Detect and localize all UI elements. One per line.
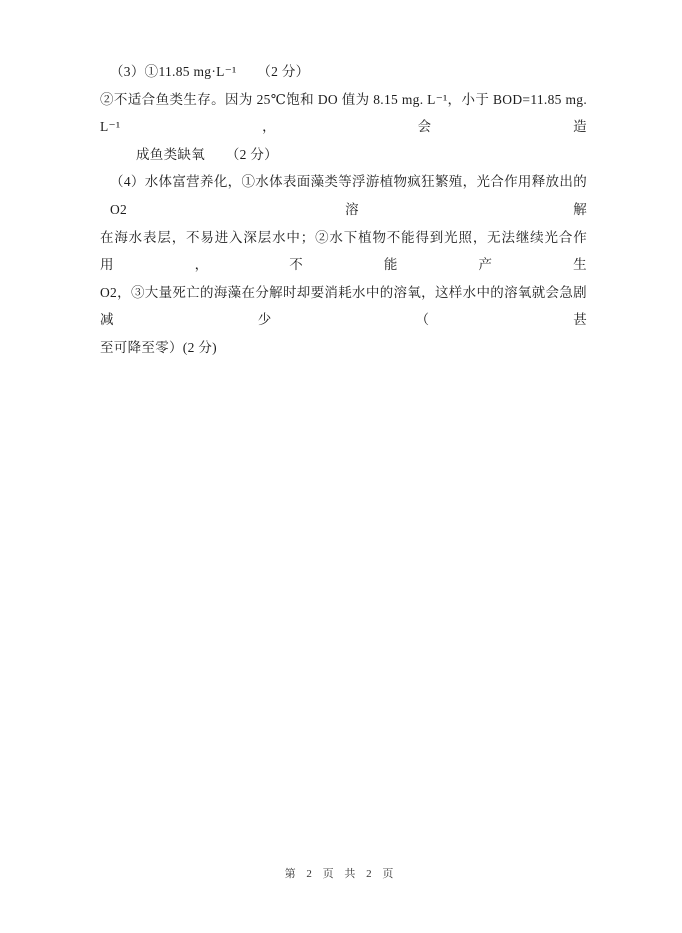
answer-line-3-1: （3）①11.85 mg·L⁻¹ （2 分） xyxy=(100,58,587,86)
answer-line-3-2a: ②不适合鱼类生存。因为 25℃饱和 DO 值为 8.15 mg. L⁻¹，小于 … xyxy=(100,86,587,141)
answer-text-block: （3）①11.85 mg·L⁻¹ （2 分） ②不适合鱼类生存。因为 25℃饱和… xyxy=(100,58,587,362)
answer-line-4b: 在海水表层，不易进入深层水中；②水下植物不能得到光照，无法继续光合作用，不能产生 xyxy=(100,224,587,279)
page-number-footer: 第 2 页 共 2 页 xyxy=(0,865,682,881)
answer-line-4c: O2，③大量死亡的海藻在分解时却要消耗水中的溶氧，这样水中的溶氧就会急剧减少（甚 xyxy=(100,279,587,334)
answer-line-4d: 至可降至零）(2 分) xyxy=(100,334,587,362)
answer-line-3-2b: 成鱼类缺氧 （2 分） xyxy=(100,141,587,169)
document-page: （3）①11.85 mg·L⁻¹ （2 分） ②不适合鱼类生存。因为 25℃饱和… xyxy=(0,0,682,933)
answer-line-4a: （4）水体富营养化，①水体表面藻类等浮游植物疯狂繁殖，光合作用释放出的 O2 溶… xyxy=(100,168,587,223)
